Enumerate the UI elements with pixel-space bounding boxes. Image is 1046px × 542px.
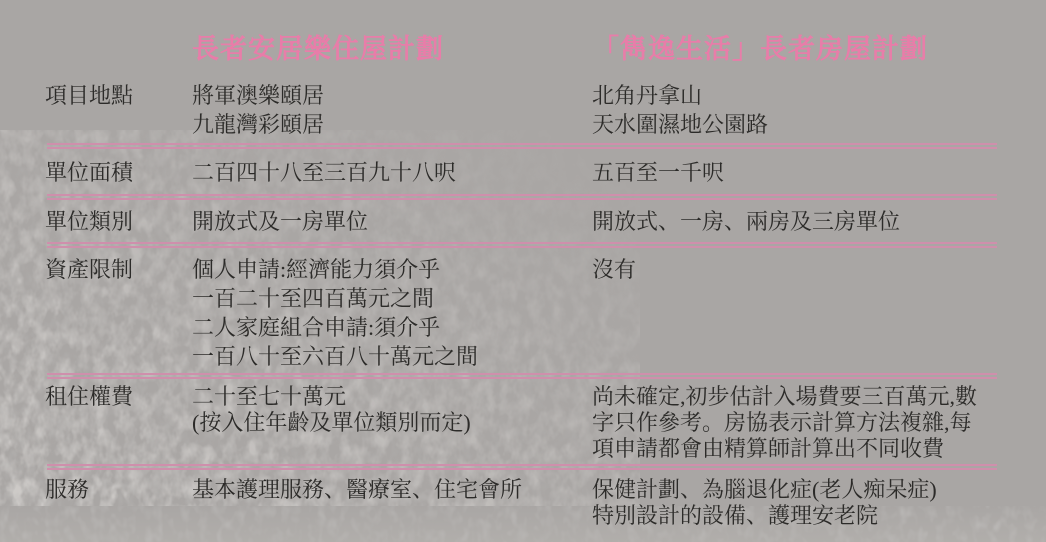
cell-line: 五百至一千呎 [592, 158, 1004, 187]
row-divider [47, 242, 997, 248]
column-header-scheme2: 「雋逸生活」長者房屋計劃 [592, 33, 1046, 65]
row-label: 資產限制 [45, 255, 192, 371]
cell-line: 二人家庭組合申請:須介乎 [192, 313, 592, 342]
cell-line: 字只作參考。房協表示計算方法複雜,每 [592, 410, 1004, 436]
row-divider [47, 194, 997, 200]
cell-line: 二百四十八至三百九十八呎 [192, 158, 592, 187]
cell-line: 一百八十至六百八十萬元之間 [192, 342, 592, 371]
row-label: 單位面積 [45, 158, 192, 187]
cell-scheme1: 個人申請:經濟能力須介乎 一百二十至四百萬元之間 二人家庭組合申請:須介乎 一百… [192, 255, 592, 371]
cell-scheme1: 開放式及一房單位 [192, 207, 592, 236]
cell-line: 天水圍濕地公園路 [592, 110, 1004, 139]
cell-scheme1: 將軍澳樂頤居 九龍灣彩頤居 [192, 81, 592, 139]
cell-scheme2: 五百至一千呎 [592, 158, 1046, 187]
header-spacer [45, 33, 192, 65]
cell-scheme1: 二十至七十萬元 (按入住年齡及單位類別而定) [192, 384, 592, 462]
cell-line: 保健計劃、為腦退化症(老人痴呆症) [592, 477, 1004, 503]
cell-line: 尚未確定,初步估計入場費要三百萬元,數 [592, 384, 1004, 410]
row-label: 租住權費 [45, 384, 192, 462]
cell-scheme2: 尚未確定,初步估計入場費要三百萬元,數 字只作參考。房協表示計算方法複雜,每 項… [592, 384, 1046, 462]
table-row-asset-limit: 資產限制 個人申請:經濟能力須介乎 一百二十至四百萬元之間 二人家庭組合申請:須… [0, 255, 1046, 371]
cell-line: 北角丹拿山 [592, 81, 1004, 110]
cell-line: 開放式及一房單位 [192, 207, 592, 236]
cell-scheme1: 基本護理服務、醫療室、住宅會所 [192, 477, 592, 529]
cell-line: 基本護理服務、醫療室、住宅會所 [192, 477, 592, 503]
row-divider [47, 143, 997, 149]
table-row-unit-type: 單位類別 開放式及一房單位 開放式、一房、兩房及三房單位 [0, 207, 1046, 236]
table-row-tenancy-fee: 租住權費 二十至七十萬元 (按入住年齡及單位類別而定) 尚未確定,初步估計入場費… [0, 384, 1046, 462]
cell-line: 個人申請:經濟能力須介乎 [192, 255, 592, 284]
cell-line: 開放式、一房、兩房及三房單位 [592, 207, 1004, 236]
cell-line: 二十至七十萬元 [192, 384, 592, 410]
cell-line: 特別設計的設備、護理安老院 [592, 503, 1004, 529]
table-row-area: 單位面積 二百四十八至三百九十八呎 五百至一千呎 [0, 158, 1046, 187]
cell-line: 一百二十至四百萬元之間 [192, 284, 592, 313]
comparison-table-page: 長者安居樂住屋計劃 「雋逸生活」長者房屋計劃 項目地點 將軍澳樂頤居 九龍灣彩頤… [0, 0, 1046, 542]
table-row-location: 項目地點 將軍澳樂頤居 九龍灣彩頤居 北角丹拿山 天水圍濕地公園路 [0, 81, 1046, 139]
cell-scheme2: 保健計劃、為腦退化症(老人痴呆症) 特別設計的設備、護理安老院 [592, 477, 1046, 529]
column-header-scheme1: 長者安居樂住屋計劃 [192, 33, 592, 65]
comparison-table: 長者安居樂住屋計劃 「雋逸生活」長者房屋計劃 項目地點 將軍澳樂頤居 九龍灣彩頤… [0, 0, 1046, 542]
cell-scheme1: 二百四十八至三百九十八呎 [192, 158, 592, 187]
cell-scheme2: 沒有 [592, 255, 1046, 371]
row-divider [47, 464, 997, 470]
cell-line: 項申請都會由精算師計算出不同收費 [592, 436, 1004, 462]
row-divider [47, 373, 997, 379]
cell-line: 將軍澳樂頤居 [192, 81, 592, 110]
cell-line: 沒有 [592, 255, 1004, 284]
cell-line: (按入住年齡及單位類別而定) [192, 410, 592, 436]
table-row-services: 服務 基本護理服務、醫療室、住宅會所 保健計劃、為腦退化症(老人痴呆症) 特別設… [0, 477, 1046, 529]
table-header-row: 長者安居樂住屋計劃 「雋逸生活」長者房屋計劃 [0, 0, 1046, 65]
row-label: 服務 [45, 477, 192, 529]
cell-scheme2: 北角丹拿山 天水圍濕地公園路 [592, 81, 1046, 139]
cell-scheme2: 開放式、一房、兩房及三房單位 [592, 207, 1046, 236]
row-label: 項目地點 [45, 81, 192, 139]
row-label: 單位類別 [45, 207, 192, 236]
cell-line: 九龍灣彩頤居 [192, 110, 592, 139]
